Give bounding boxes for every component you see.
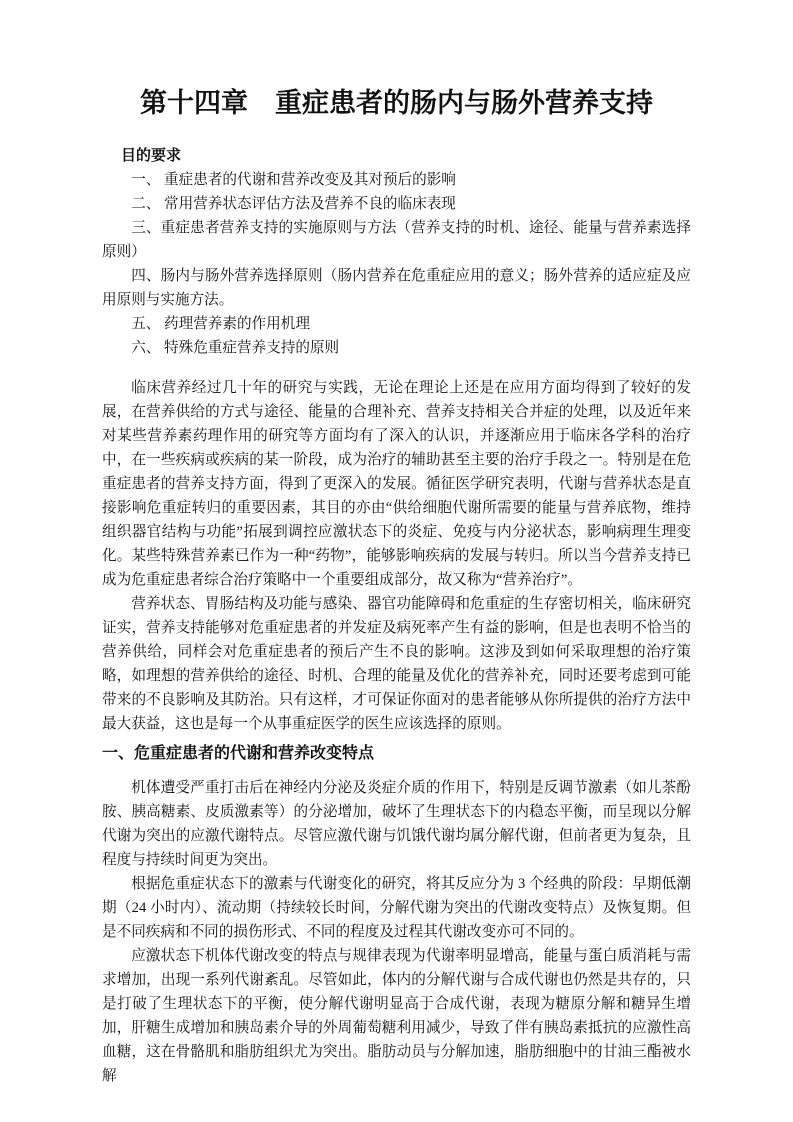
section-1-paragraph-2: 根据危重症状态下的激素与代谢变化的研究，将其反应分为 3 个经典的阶段：早期低潮…: [102, 872, 691, 944]
intro-block: 临床营养经过几十年的研究与实践，无论在理论上还是在应用方面均得到了较好的发展，在…: [102, 376, 691, 736]
objective-item-4: 四、肠内与肠外营养选择原则（肠内营养在危重症应用的意义；肠外营养的适应症及应用原…: [102, 264, 691, 312]
section-1-heading: 一、危重症患者的代谢和营养改变特点: [102, 742, 691, 766]
intro-paragraph-2: 营养状态、胃肠结构及功能与感染、器官功能障碍和危重症的生存密切相关，临床研究证实…: [102, 592, 691, 736]
section-1-paragraph-3: 应激状态下机体代谢改变的特点与规律表现为代谢率明显增高，能量与蛋白质消耗与需求增…: [102, 944, 691, 1088]
intro-paragraph-1: 临床营养经过几十年的研究与实践，无论在理论上还是在应用方面均得到了较好的发展，在…: [102, 376, 691, 592]
chapter-title: 第十四章 重症患者的肠内与肠外营养支持: [102, 86, 691, 120]
document-page: 第十四章 重症患者的肠内与肠外营养支持 目的要求 一、 重症患者的代谢和营养改变…: [0, 0, 793, 1122]
objective-item-3: 三、重症患者营养支持的实施原则与方法（营养支持的时机、途径、能量与营养素选择原则…: [102, 216, 691, 264]
objective-item-5: 五、 药理营养素的作用机理: [102, 312, 691, 336]
section-1-paragraph-1: 机体遭受严重打击后在神经内分泌及炎症介质的作用下，特别是反调节激素（如儿茶酚胺、…: [102, 776, 691, 872]
objective-item-1: 一、 重症患者的代谢和营养改变及其对预后的影响: [102, 168, 691, 192]
objective-item-6: 六、 特殊危重症营养支持的原则: [102, 336, 691, 360]
objective-item-2: 二、 常用营养状态评估方法及营养不良的临床表现: [102, 192, 691, 216]
objectives-heading: 目的要求: [102, 144, 691, 168]
